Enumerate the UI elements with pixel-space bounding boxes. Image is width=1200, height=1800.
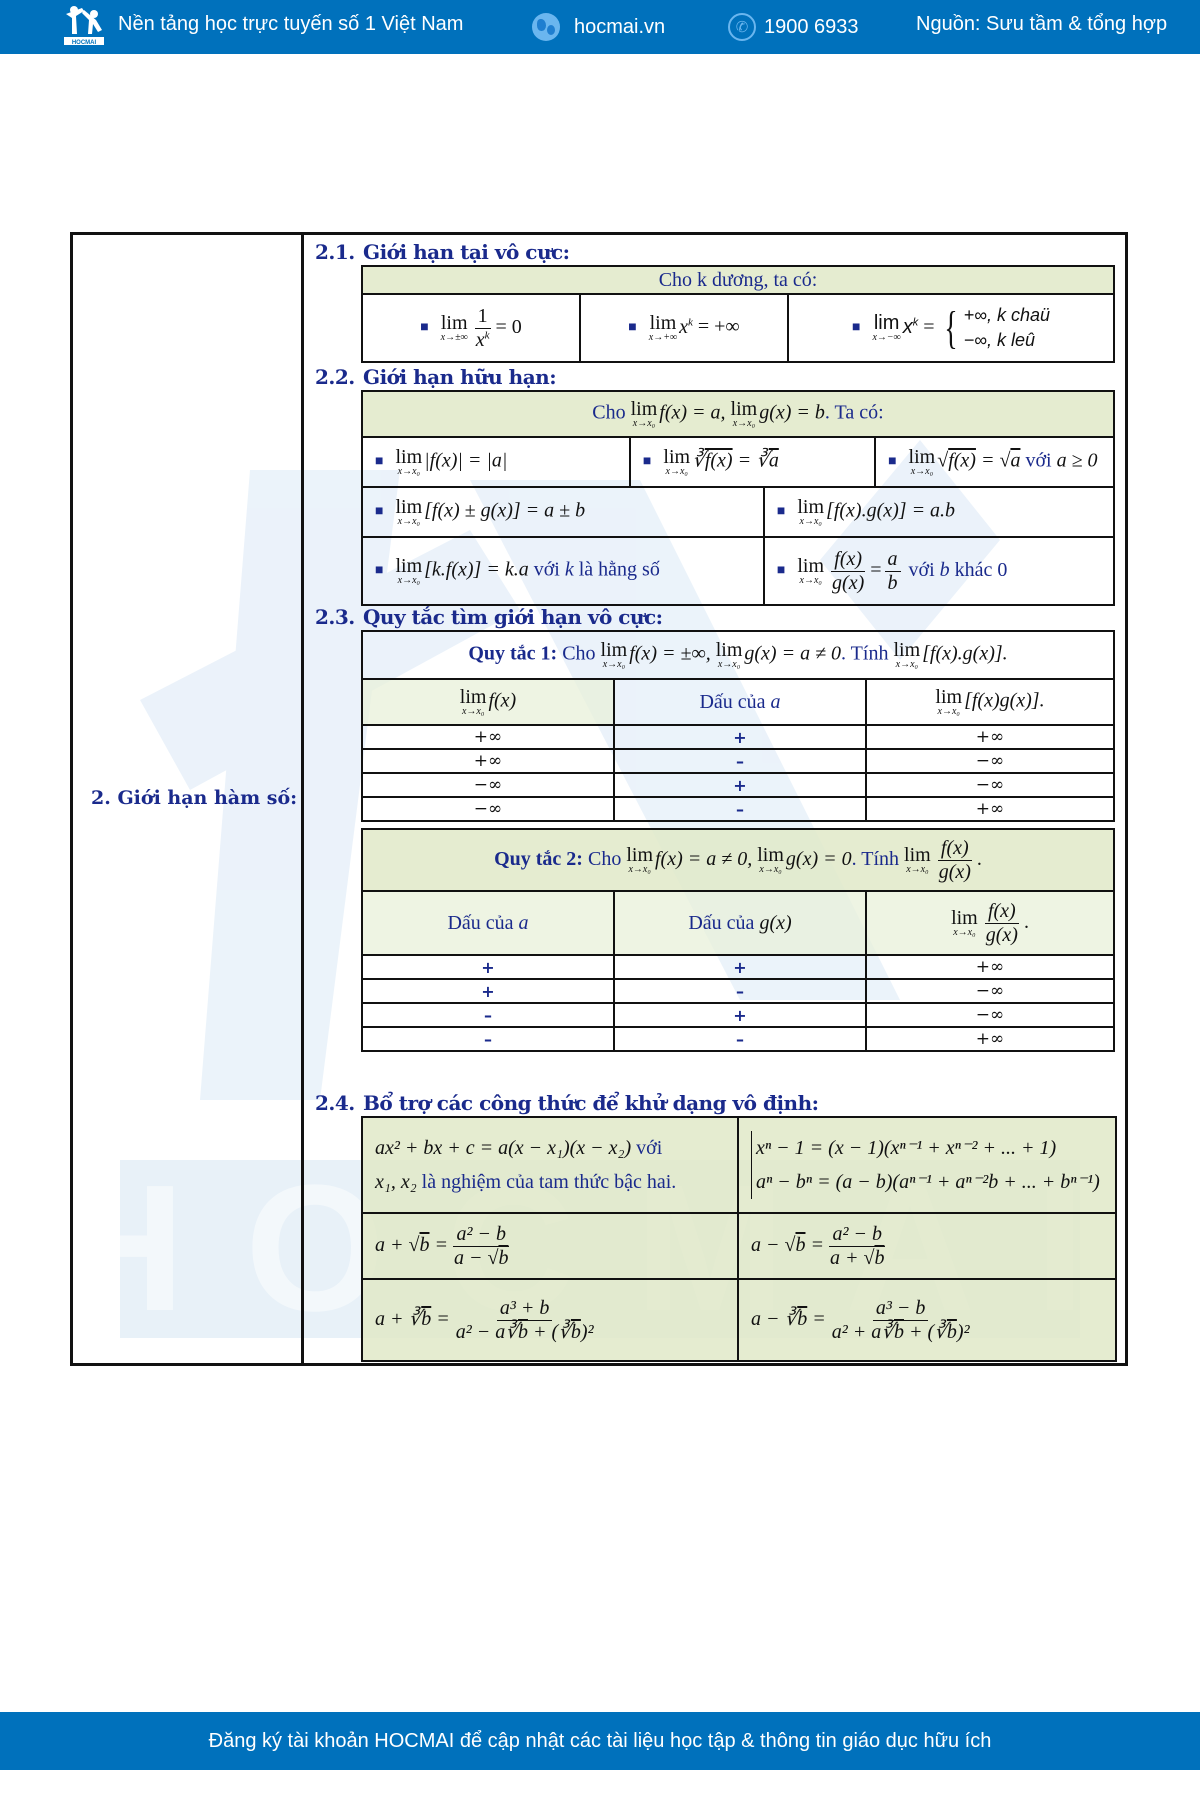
rule-1-cell: −∞: [866, 749, 1114, 773]
section-2-2-intro: Cho limx→x₀f(x) = a, limx→x₀g(x) = b. Ta…: [362, 391, 1114, 437]
rule-1-cell: −∞: [362, 773, 614, 797]
rule-1-row: +∞++∞: [362, 725, 1114, 749]
section-2-4-title: 2.4.Bổ trợ các công thức để khử dạng vô …: [315, 1091, 819, 1115]
rule-1-cell: +∞: [362, 749, 614, 773]
rule-1-cell: +: [614, 725, 866, 749]
source-text: Nguồn: Sưu tầm & tổng hợp: [916, 13, 1167, 36]
rule-1-cell: –: [614, 797, 866, 821]
phone-link[interactable]: ✆ 1900 6933: [728, 13, 859, 41]
rule-1-header-sign-a: Dấu của a: [614, 679, 866, 725]
rule-2-cell: +∞: [866, 955, 1114, 979]
rule-2-cell: +∞: [866, 1027, 1114, 1051]
rule-1-cell: +: [614, 773, 866, 797]
rule-2-header-sign-g: Dấu của g(x): [614, 891, 866, 955]
rule-1-cell: +∞: [866, 797, 1114, 821]
rule-1-cell: −∞: [866, 773, 1114, 797]
rule-1-cell: −∞: [362, 797, 614, 821]
rule-2-statement: Quy tắc 2: Cho limx→x₀f(x) = a ≠ 0, limx…: [362, 829, 1114, 891]
formula-lim-xk-pos: ■limx→+∞xk = +∞: [580, 294, 788, 362]
faint-hidden-text: [100, 1562, 980, 1572]
section-2-2-title: 2.2.Giới hạn hữu hạn:: [315, 365, 556, 389]
rule-1-cell: –: [614, 749, 866, 773]
formula-cbrt: ■limx→x₀∛f(x) = ∛a: [630, 437, 875, 487]
formula-lim-inverse: ■limx→±∞1xk= 0: [362, 294, 580, 362]
formula-conj-sqrt-plus: a + √b =a² − ba − √b: [362, 1213, 738, 1279]
formula-sum: ■limx→x₀[f(x) ± g(x)] = a ± b: [362, 487, 764, 537]
rule-2-row: –+−∞: [362, 1003, 1114, 1027]
rule-1-row: +∞–−∞: [362, 749, 1114, 773]
rule-2-cell: −∞: [866, 1003, 1114, 1027]
section-2-2-table: Cho limx→x₀f(x) = a, limx→x₀g(x) = b. Ta…: [361, 390, 1115, 606]
formula-abs: ■limx→x₀|f(x)| = |a|: [362, 437, 630, 487]
rule-1-header-lim-f: limx→x₀f(x): [362, 679, 614, 725]
section-2-4-table: ax² + bx + c = a(x − x₁)(x − x₂) với x₁,…: [361, 1116, 1117, 1362]
rule-1-row: −∞+−∞: [362, 773, 1114, 797]
formula-constant: ■limx→x₀[k.f(x)] = k.a với k là hằng số: [362, 537, 764, 605]
phone-number[interactable]: 1900 6933: [764, 16, 859, 39]
formula-conj-cbrt-plus: a + ∛b =a³ + ba² − a∛b + (∛b)²: [362, 1279, 738, 1361]
rule-2-row: +++∞: [362, 955, 1114, 979]
header-bar: HOCMAI Nền tảng học trực tuyến số 1 Việt…: [0, 0, 1200, 54]
rule-2-cell: +: [362, 955, 614, 979]
rule-2-cell: –: [362, 1027, 614, 1051]
hocmai-logo-icon[interactable]: HOCMAI: [62, 4, 108, 46]
slogan: Nền tảng học trực tuyến số 1 Việt Nam: [118, 13, 463, 36]
topic-label: 2. Giới hạn hàm số:: [91, 787, 297, 809]
formula-power-difference: xⁿ − 1 = (x − 1)(xⁿ⁻¹ + xⁿ⁻² + ... + 1) …: [738, 1117, 1116, 1213]
column-divider: [301, 235, 304, 1363]
phone-icon: ✆: [728, 13, 756, 41]
rule-2-cell: –: [614, 1027, 866, 1051]
rule-1-table: Quy tắc 1: Cho limx→x₀f(x) = ±∞, limx→x₀…: [361, 630, 1115, 822]
formula-sqrt: ■limx→x₀√f(x) = √a với a ≥ 0: [875, 437, 1114, 487]
formula-product: ■limx→x₀[f(x).g(x)] = a.b: [764, 487, 1114, 537]
section-2-3-title: 2.3.Quy tắc tìm giới hạn vô cực:: [315, 605, 663, 629]
rule-2-header-sign-a: Dấu của a: [362, 891, 614, 955]
document-table: 2. Giới hạn hàm số: 2.1.Giới hạn tại vô …: [70, 232, 1128, 1366]
rule-1-statement: Quy tắc 1: Cho limx→x₀f(x) = ±∞, limx→x₀…: [362, 631, 1114, 679]
footer-text[interactable]: Đăng ký tài khoản HOCMAI để cập nhật các…: [209, 1730, 992, 1753]
rule-2-cell: +: [362, 979, 614, 1003]
website-text[interactable]: hocmai.vn: [574, 16, 665, 39]
formula-conj-cbrt-minus: a − ∛b =a³ − ba² + a∛b + (∛b)²: [738, 1279, 1116, 1361]
svg-text:HOCMAI: HOCMAI: [72, 40, 97, 46]
formula-lim-xk-neg: ■limx→−∞xk = {+∞, k chaü−∞, k leû: [788, 294, 1114, 362]
rule-1-row: −∞–+∞: [362, 797, 1114, 821]
rule-2-header-result: limx→x₀f(x)g(x).: [866, 891, 1114, 955]
rule-2-table: Quy tắc 2: Cho limx→x₀f(x) = a ≠ 0, limx…: [361, 828, 1115, 1052]
section-2-1-title: 2.1.Giới hạn tại vô cực:: [315, 240, 570, 264]
globe-icon: [532, 13, 560, 41]
rule-2-cell: –: [362, 1003, 614, 1027]
rule-2-row: +–−∞: [362, 979, 1114, 1003]
formula-quotient: ■limx→x₀f(x)g(x)=ab với b khác 0: [764, 537, 1114, 605]
rule-2-cell: +: [614, 955, 866, 979]
rule-2-row: ––+∞: [362, 1027, 1114, 1051]
website-link[interactable]: hocmai.vn: [532, 13, 665, 41]
section-2-1-intro: Cho k dương, ta có:: [362, 266, 1114, 294]
rule-2-cell: +: [614, 1003, 866, 1027]
footer-banner[interactable]: Đăng ký tài khoản HOCMAI để cập nhật các…: [0, 1712, 1200, 1770]
rule-2-cell: −∞: [866, 979, 1114, 1003]
rule-1-cell: +∞: [866, 725, 1114, 749]
rule-1-cell: +∞: [362, 725, 614, 749]
section-2-1-table: Cho k dương, ta có: ■limx→±∞1xk= 0 ■limx…: [361, 265, 1115, 363]
formula-conj-sqrt-minus: a − √b =a² − ba + √b: [738, 1213, 1116, 1279]
rule-2-cell: –: [614, 979, 866, 1003]
formula-quadratic-factor: ax² + bx + c = a(x − x₁)(x − x₂) với x₁,…: [362, 1117, 738, 1213]
rule-1-header-result: limx→x₀[f(x)g(x)].: [866, 679, 1114, 725]
